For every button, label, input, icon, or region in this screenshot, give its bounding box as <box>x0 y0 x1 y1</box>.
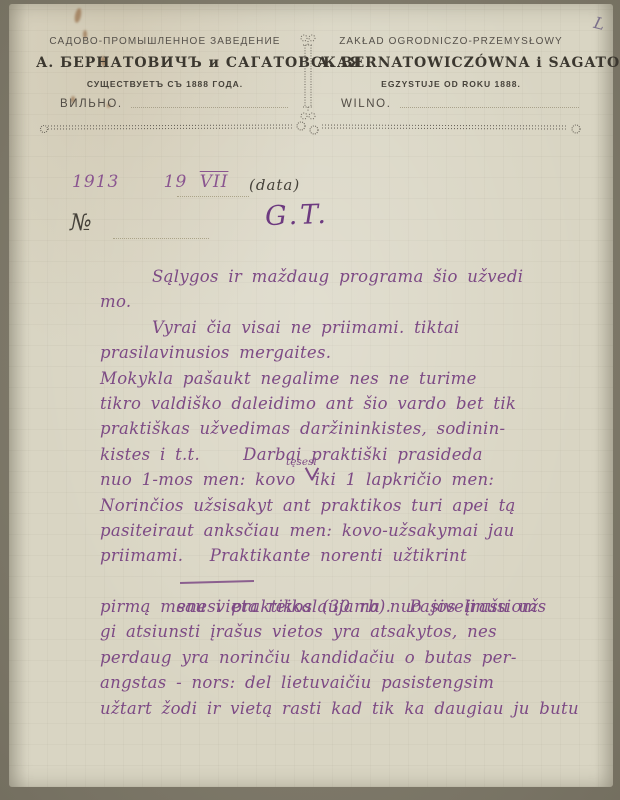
handwritten-line: užtart žodi ir vietą rasti kad tik ka da… <box>100 696 612 721</box>
ornamental-rule-icon <box>36 117 586 137</box>
data-label: (data) <box>249 176 300 194</box>
letter-paper: L САДОВО-ПРОМЫШЛЕННОЕ ЗАВЕДЕНИЕ А. БЕРНА… <box>9 4 613 787</box>
scanned-letter-photo: L САДОВО-ПРОМЫШЛЕННОЕ ЗАВЕДЕНИЕ А. БЕРНА… <box>0 0 620 800</box>
letterhead-type-line-ru: САДОВО-ПРОМЫШЛЕННОЕ ЗАВЕДЕНИЕ <box>36 36 294 47</box>
handwritten-body: Sąlygos ir maždaug programa šio užvedi m… <box>100 264 612 721</box>
date-month-roman: VII <box>200 172 229 192</box>
letterhead-city-ru: ВИЛЬНО. <box>60 98 123 110</box>
letterhead-since-pl: EGZYSTUJE OD ROKU 1888. <box>317 79 585 89</box>
handwritten-line: mo. <box>100 289 612 314</box>
dotted-underline <box>131 106 288 108</box>
handwritten-line: Mokykla pašaukt negalime nes ne turime <box>100 366 612 391</box>
ornamental-rule <box>36 117 586 142</box>
letterhead-polish: ZAKŁAD OGRODNICZO-PRZEMYSŁOWY A. BERNATO… <box>317 36 585 110</box>
handwritten-line: gi atsiunsti įrašus vietos yra atsakytos… <box>100 619 612 644</box>
date-day: 19 <box>164 172 188 192</box>
letterhead-firm-name-pl: A. BERNATOWICZÓWNA i SAGATOWSKA <box>317 55 585 71</box>
dotted-underline <box>400 106 580 108</box>
handwritten-line: tikro valdiško daleidimo ant šio vardo b… <box>100 391 612 416</box>
dotted-underline <box>177 196 249 197</box>
letterhead-city-row-pl: WILNO. <box>317 98 585 110</box>
handwritten-line: nuo 1-mos men: kovo iki 1 lapkričio men: <box>100 467 612 492</box>
handwritten-line: priimami. Praktikante norenti užtikrint <box>100 543 612 568</box>
letterhead-since-ru: СУЩЕСТВУЕТЪ СЪ 1888 ГОДА. <box>36 79 294 89</box>
letterhead-firm-name-ru: А. БЕРНАТОВИЧЪ и САГАТОВСКАЯ <box>36 55 294 71</box>
letterhead-city-row-ru: ВИЛЬНО. <box>36 98 294 110</box>
archival-page-mark: L <box>592 13 607 34</box>
dotted-underline <box>113 238 209 239</box>
handwritten-line: Vyrai čia visai ne priimami. tiktai <box>100 315 612 340</box>
handwritten-line: kistes i t.t. Darbai praktiški prasideda <box>100 442 612 467</box>
handwritten-line: pirmą menesi praktikos (30 rb). Pasiveli… <box>100 594 612 619</box>
handwritten-line: angstas - nors: del lietuvaičiu pasisten… <box>100 670 612 695</box>
handwritten-line: perdaug yra norinčiu kandidačiu o butas … <box>100 645 612 670</box>
insertion-caret <box>306 467 318 480</box>
paper-stain <box>74 8 83 24</box>
handwritten-date: 1913 19 VII <box>72 172 228 192</box>
handwritten-initials: G.T. <box>264 199 329 232</box>
number-label: № <box>70 210 92 236</box>
letterhead-city-pl: WILNO. <box>341 98 392 110</box>
handwritten-line: sau vieta reikalaujama nuo jos įrašu už <box>100 569 612 594</box>
handwritten-line: pasiteiraut anksčiau men: kovo-užsakymai… <box>100 518 612 543</box>
handwritten-line: Norinčios užsisakyt ant praktikos turi a… <box>100 493 612 518</box>
letterhead-russian: САДОВО-ПРОМЫШЛЕННОЕ ЗАВЕДЕНИЕ А. БЕРНАТО… <box>36 36 294 110</box>
handwritten-line: praktiškas užvedimas daržininkistes, sod… <box>100 416 612 441</box>
ornament-divider-icon <box>299 32 317 122</box>
handwritten-line: prasilavinusios mergaites. <box>100 340 612 365</box>
letterhead-type-line-pl: ZAKŁAD OGRODNICZO-PRZEMYSŁOWY <box>317 36 585 47</box>
handwritten-line: Sąlygos ir maždaug programa šio užvedi <box>100 264 612 289</box>
date-year: 1913 <box>72 172 119 192</box>
strikethrough-mark <box>180 580 254 584</box>
